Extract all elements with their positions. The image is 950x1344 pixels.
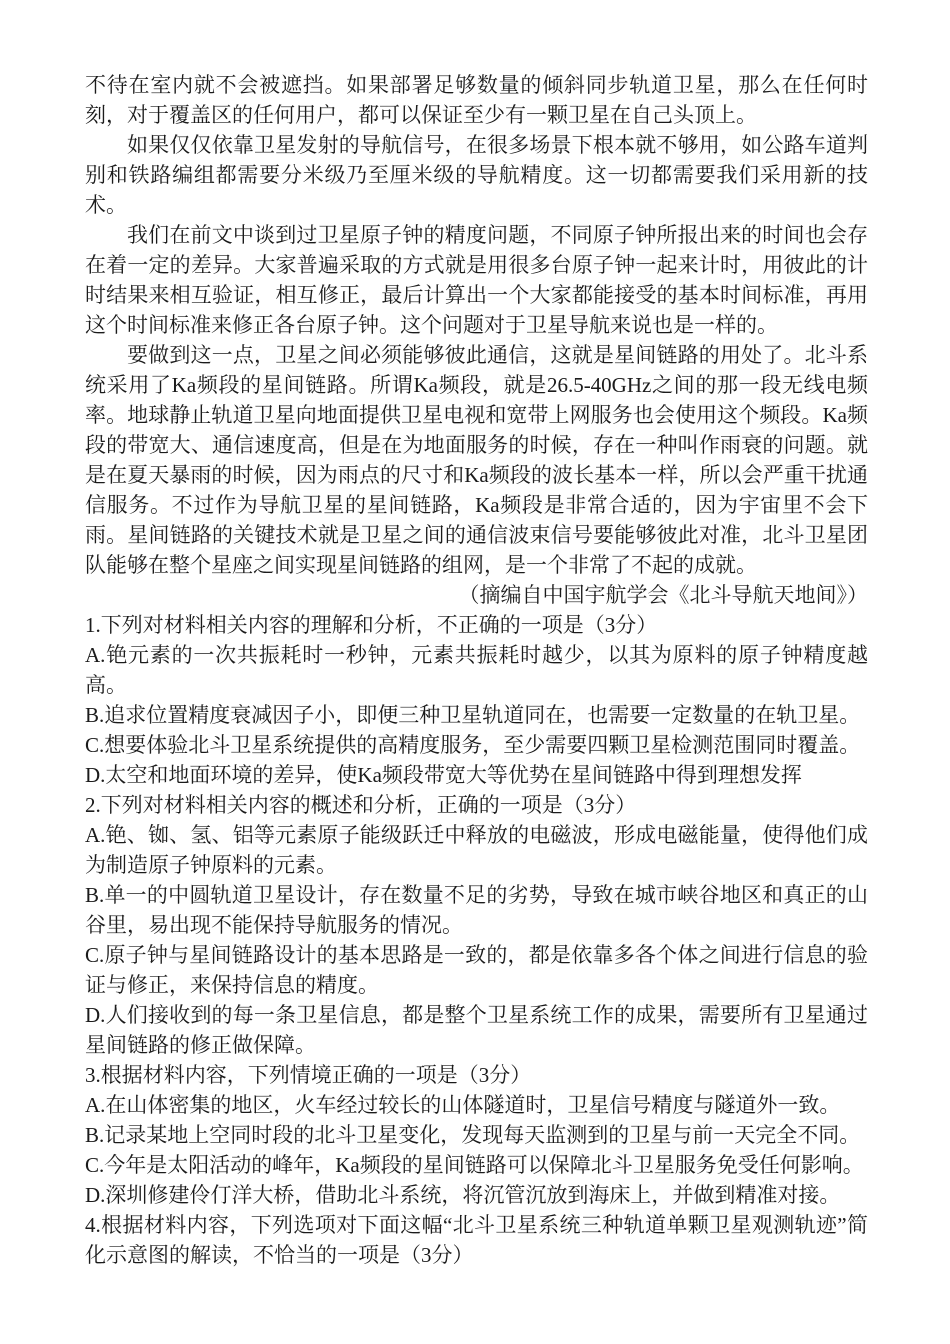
- question-3-stem: 3.根据材料内容，下列情境正确的一项是（3分）: [85, 1060, 868, 1090]
- question-1-stem: 1.下列对材料相关内容的理解和分析，不正确的一项是（3分）: [85, 610, 868, 640]
- source-attribution: （摘编自中国宇航学会《北斗导航天地间》）: [85, 580, 868, 610]
- question-1-option-d: D.太空和地面环境的差异，使Ka频段带宽大等优势在星间链路中得到理想发挥: [85, 760, 868, 790]
- question-3-option-c: C.今年是太阳活动的峰年，Ka频段的星间链路可以保障北斗卫星服务免受任何影响。: [85, 1150, 868, 1180]
- question-1-option-a: A.铯元素的一次共振耗时一秒钟，元素共振耗时越少，以其为原料的原子钟精度越高。: [85, 640, 868, 700]
- question-2-option-b: B.单一的中圆轨道卫星设计，存在数量不足的劣势，导致在城市峡谷地区和真正的山谷里…: [85, 880, 868, 940]
- passage-paragraph-3: 我们在前文中谈到过卫星原子钟的精度问题，不同原子钟所报出来的时间也会存在着一定的…: [85, 220, 868, 340]
- document-page: 不待在室内就不会被遮挡。如果部署足够数量的倾斜同步轨道卫星，那么在任何时刻，对于…: [0, 0, 950, 1344]
- question-3-option-b: B.记录某地上空同时段的北斗卫星变化，发现每天监测到的卫星与前一天完全不同。: [85, 1120, 868, 1150]
- question-2-option-d: D.人们接收到的每一条卫星信息，都是整个卫星系统工作的成果，需要所有卫星通过星间…: [85, 1000, 868, 1060]
- question-3-option-d: D.深圳修建伶仃洋大桥，借助北斗系统，将沉管沉放到海床上，并做到精准对接。: [85, 1180, 868, 1210]
- passage-paragraph-2: 如果仅仅依靠卫星发射的导航信号，在很多场景下根本就不够用，如公路车道判别和铁路编…: [85, 130, 868, 220]
- question-1-option-c: C.想要体验北斗卫星系统提供的高精度服务，至少需要四颗卫星检测范围同时覆盖。: [85, 730, 868, 760]
- question-2-stem: 2.下列对材料相关内容的概述和分析，正确的一项是（3分）: [85, 790, 868, 820]
- question-2-option-a: A.铯、铷、氢、铝等元素原子能级跃迁中释放的电磁波，形成电磁能量，使得他们成为制…: [85, 820, 868, 880]
- question-4-stem: 4.根据材料内容，下列选项对下面这幅“北斗卫星系统三种轨道单颗卫星观测轨迹”简化…: [85, 1210, 868, 1270]
- question-2-option-c: C.原子钟与星间链路设计的基本思路是一致的，都是依靠多各个体之间进行信息的验证与…: [85, 940, 868, 1000]
- passage-paragraph-1: 不待在室内就不会被遮挡。如果部署足够数量的倾斜同步轨道卫星，那么在任何时刻，对于…: [85, 70, 868, 130]
- question-3-option-a: A.在山体密集的地区，火车经过较长的山体隧道时，卫星信号精度与隧道外一致。: [85, 1090, 868, 1120]
- passage-paragraph-4: 要做到这一点，卫星之间必须能够彼此通信，这就是星间链路的用处了。北斗系统采用了K…: [85, 340, 868, 580]
- question-1-option-b: B.追求位置精度衰减因子小，即便三种卫星轨道同在，也需要一定数量的在轨卫星。: [85, 700, 868, 730]
